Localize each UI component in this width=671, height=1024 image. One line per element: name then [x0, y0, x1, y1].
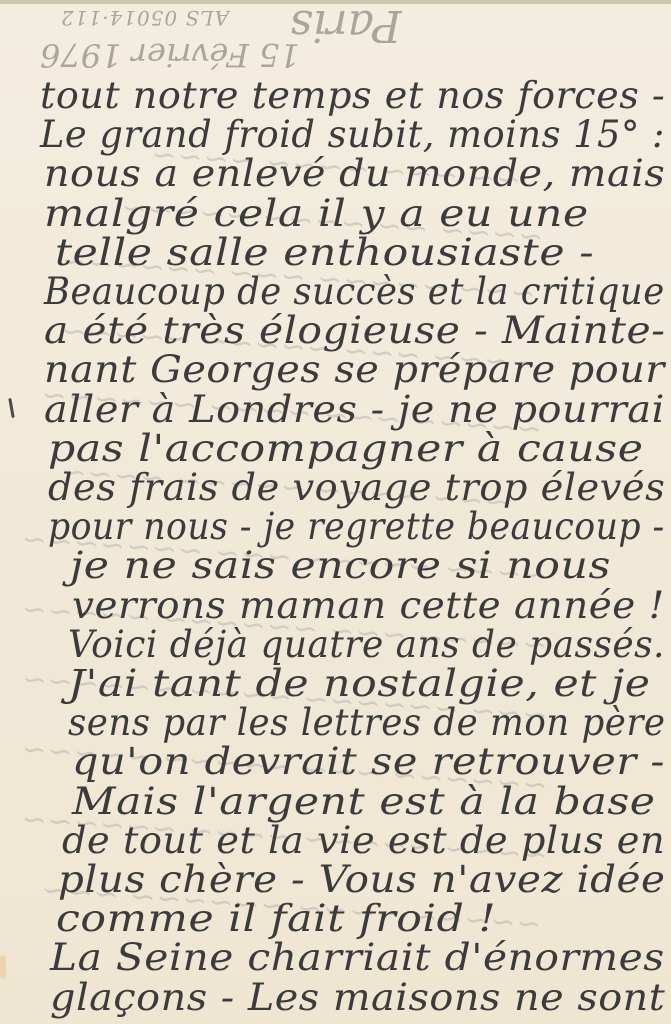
handwritten-line: glaçons - Les maisons ne sont [50, 976, 665, 1019]
handwritten-line: Beaucoup de succès et la critique [44, 270, 665, 313]
handwritten-line: je ne sais encore si nous [70, 544, 611, 587]
handwritten-line: tout notre temps et nos forces - [40, 74, 665, 117]
handwritten-line: nous a enlevé du monde, mais [44, 152, 665, 195]
letter-body: tout notre temps et nos forces - Le gran… [0, 0, 671, 1024]
handwritten-line: Voici déjà quatre ans de passés. [68, 623, 665, 666]
handwritten-line: de tout et la vie est de plus en [62, 819, 665, 862]
handwritten-line: verrons maman cette année ! [72, 584, 665, 627]
handwritten-line: pas l'accompagner à cause [48, 427, 643, 470]
handwritten-line: a été très élogieuse - Mainte- [44, 309, 666, 352]
letter-page: ~~ ~~~ ~~~~ ~~~~ ~~~~ ~~ ~~~~ ~~~~~ ~~~ … [0, 0, 671, 1024]
handwritten-line: plus chère - Vous n'avez idée [58, 858, 665, 901]
handwritten-line: J'ai tant de nostalgie, et je [68, 662, 651, 705]
handwritten-line: aller à Londres - je ne pourrai [44, 388, 665, 431]
handwritten-line: telle salle enthousiaste - [55, 231, 594, 274]
handwritten-line: Le grand froid subit, moins 15° : [40, 113, 665, 156]
handwritten-line: malgré cela il y a eu une [44, 192, 589, 235]
handwritten-line: qu'on devrait se retrouver - [72, 740, 665, 783]
handwritten-line: Mais l'argent est à la base [72, 780, 656, 823]
handwritten-line: nant Georges se prépare pour [44, 348, 665, 391]
handwritten-line: La Seine charriait d'énormes [50, 936, 665, 979]
handwritten-line: sens par les lettres de mon père [68, 701, 665, 744]
handwritten-line: pour nous - je regrette beaucoup - [48, 505, 665, 548]
handwritten-line: comme il fait froid ! [56, 897, 496, 940]
handwritten-line: des frais de voyage trop élevés [48, 466, 665, 509]
